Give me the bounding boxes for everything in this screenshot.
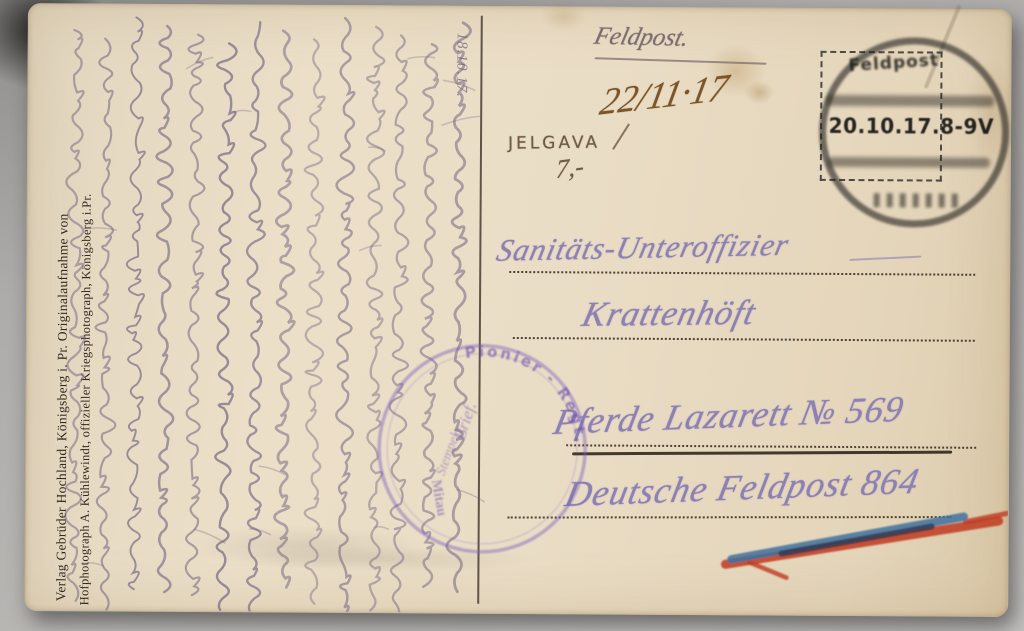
postcard-back: Verlag Gebrüder Hochland, Königsberg i. … [24,3,1012,617]
crayon-marks [25,4,1011,616]
red-crayon-stroke [725,519,998,566]
crayon-overlap [782,526,932,555]
photo-of-postcard: Verlag Gebrüder Hochland, Königsberg i. … [0,0,1024,631]
red-crayon-hook [749,562,786,577]
blue-crayon-stroke [731,515,963,560]
